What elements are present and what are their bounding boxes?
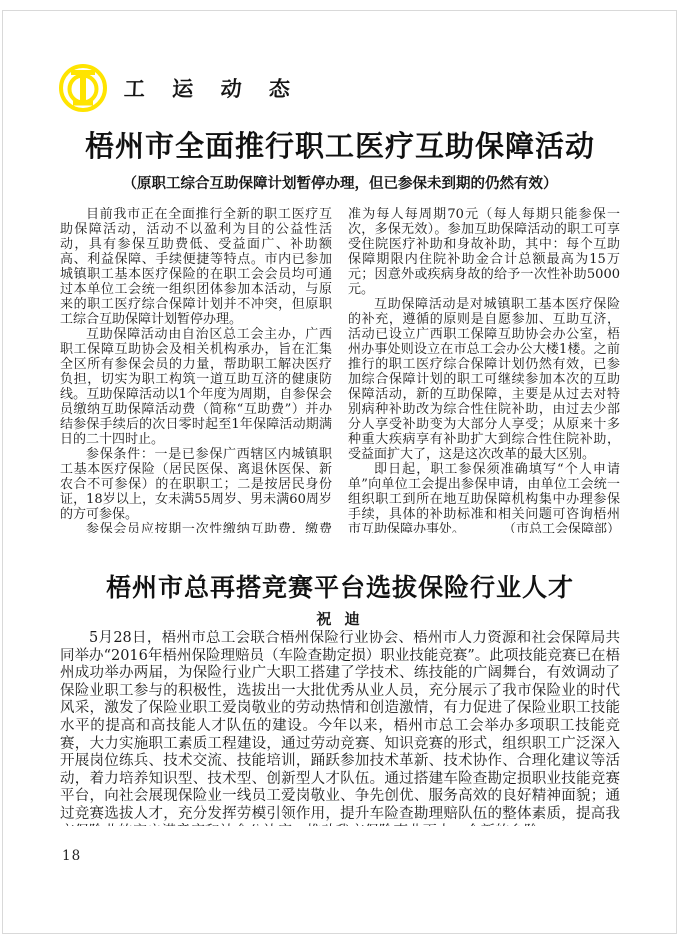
article1-paragraph-5: 互助保障活动是对城镇职工基本医疗保险的补充，遵循的原则是自愿参加、互助互济，活动…	[348, 297, 620, 462]
article1-title: 梧州市全面推行职工医疗互助保障活动	[60, 124, 620, 165]
article2-body: 5月28日，梧州市总工会联合梧州保险行业协会、梧州市人力资源和社会保障局共同举办…	[60, 630, 620, 826]
article1-body: 目前我市正在全面推行全新的职工医疗互助保障活动，活动不以盈利为目的公益性活动，具…	[60, 207, 620, 533]
article2-author: 祝 迪	[60, 608, 620, 629]
trade-union-emblem-icon	[58, 63, 108, 113]
article2-title: 梧州市总再搭竞赛平台选拔保险行业人才	[60, 568, 620, 604]
article1-paragraph-4-start: 参保会员应按期一次性缴纳互助费，缴费标	[60, 522, 332, 533]
article1-subtitle: （原职工综合互助保障计划暂停办理，但已参保未到期的仍然有效）	[60, 172, 620, 193]
article1-paragraph-1: 目前我市正在全面推行全新的职工医疗互助保障活动，活动不以盈利为目的公益性活动，具…	[60, 207, 332, 327]
article2-paragraph: 5月28日，梧州市总工会联合梧州保险行业协会、梧州市人力资源和社会保障局共同举办…	[60, 630, 620, 826]
article1-column-right: 准为每人每周期70元（每人每期只能参保一次，多保无效）。参加互助保障活动的职工可…	[348, 207, 620, 533]
article1-paragraph-6: 即日起，职工参保须准确填写“个人申请单”向单位工会提出参保申请，由单位工会统一组…	[348, 462, 620, 533]
article2-paragraph-text: 5月28日，梧州市总工会联合梧州保险行业协会、梧州市人力资源和社会保障局共同举办…	[60, 630, 620, 826]
masthead-title: 工 运 动 态	[123, 73, 301, 103]
article1-paragraph-4-continued: 准为每人每周期70元（每人每期只能参保一次，多保无效）。参加互助保障活动的职工可…	[348, 207, 620, 297]
page-number: 18	[62, 848, 81, 864]
article1-attribution: （市总工会保障部）	[477, 522, 620, 533]
article1-column-left: 目前我市正在全面推行全新的职工医疗互助保障活动，活动不以盈利为目的公益性活动，具…	[60, 207, 332, 533]
article1-paragraph-3: 参保条件：一是已参保广西辖区内城镇职工基本医疗保险（居民医保、离退休医保、新农合…	[60, 447, 332, 522]
masthead: 工 运 动 态	[58, 62, 618, 114]
article1-paragraph-2: 互助保障活动由自治区总工会主办，广西职工保障互助协会及相关机构承办，旨在汇集全区…	[60, 327, 332, 447]
